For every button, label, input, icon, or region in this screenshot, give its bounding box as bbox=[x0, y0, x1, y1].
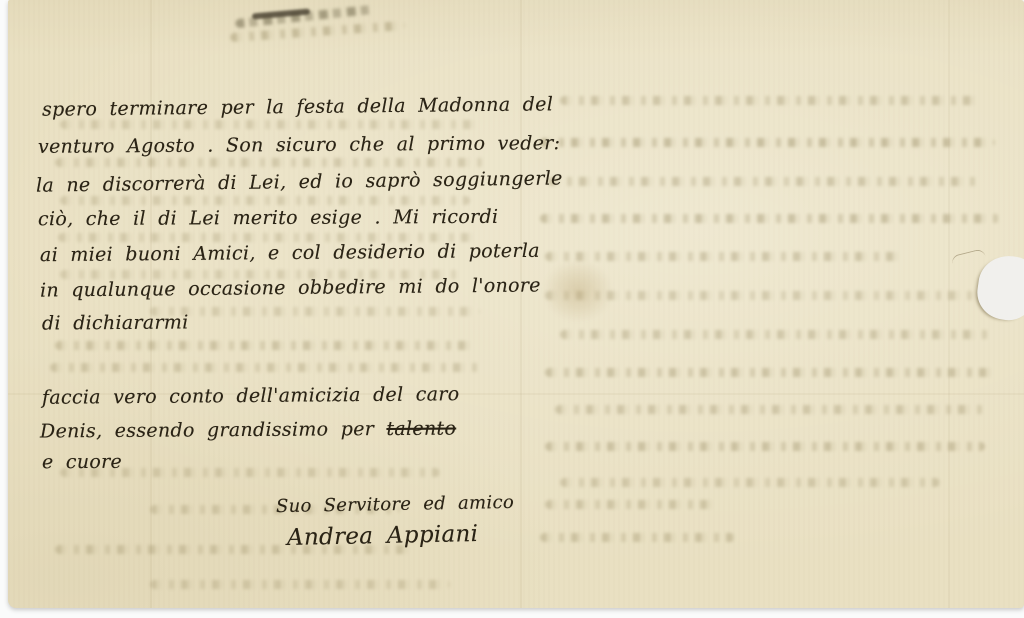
ghost-text-row bbox=[545, 500, 715, 509]
struck-word: talento bbox=[386, 418, 456, 440]
letter-line: spero terminare per la festa della Madon… bbox=[42, 93, 553, 120]
letter-line: la ne discorrerà di Lei, ed io saprò sog… bbox=[36, 167, 563, 196]
ghost-text-row bbox=[540, 214, 1000, 223]
ghost-text-row bbox=[540, 533, 735, 542]
ghost-text-row bbox=[555, 405, 985, 414]
ghost-text-row bbox=[545, 368, 995, 377]
ghost-text-row bbox=[55, 158, 485, 167]
ghost-text-row bbox=[560, 330, 990, 339]
letter-line-text: Denis, essendo grandissimo per bbox=[40, 418, 387, 442]
letter-line: ai miei buoni Amici, e col desiderio di … bbox=[40, 240, 540, 266]
letter-line: Denis, essendo grandissimo per talento bbox=[40, 418, 456, 443]
ghost-text-row bbox=[545, 252, 905, 261]
fold-line-vertical bbox=[520, 0, 522, 608]
letter-line: faccia vero conto dell'amicizia del caro bbox=[42, 383, 460, 409]
ghost-text-row bbox=[60, 120, 480, 129]
letter-paper: spero terminare per la festa della Madon… bbox=[8, 0, 1024, 608]
ghost-text-row bbox=[50, 363, 480, 372]
ghost-text-row bbox=[548, 177, 978, 186]
fold-line-vertical bbox=[948, 0, 950, 608]
ghost-text-row bbox=[545, 442, 985, 451]
stain bbox=[543, 260, 613, 322]
ghost-text-row bbox=[560, 478, 940, 487]
letter-line: ciò, che il di Lei merito esige . Mi ric… bbox=[38, 206, 498, 230]
ghost-text-row bbox=[560, 96, 980, 105]
letter-line: di dichiararmi bbox=[42, 311, 189, 334]
ghost-text-row bbox=[150, 307, 480, 316]
ghost-text-row bbox=[55, 341, 475, 350]
closing-line: Suo Servitore ed amico bbox=[276, 492, 514, 517]
signature: Andrea Appiani bbox=[287, 521, 479, 551]
fold-line-vertical bbox=[150, 0, 152, 608]
ghost-text-row bbox=[60, 196, 470, 205]
document-scan: spero terminare per la festa della Madon… bbox=[0, 0, 1024, 618]
letter-line: e cuore bbox=[42, 451, 122, 473]
ghost-text-row bbox=[540, 138, 995, 147]
letter-line: in qualunque occasione obbedire mi do l'… bbox=[40, 274, 541, 301]
letter-line: venturo Agosto . Son sicuro che al primo… bbox=[38, 132, 560, 158]
ghost-text-row bbox=[150, 580, 450, 589]
